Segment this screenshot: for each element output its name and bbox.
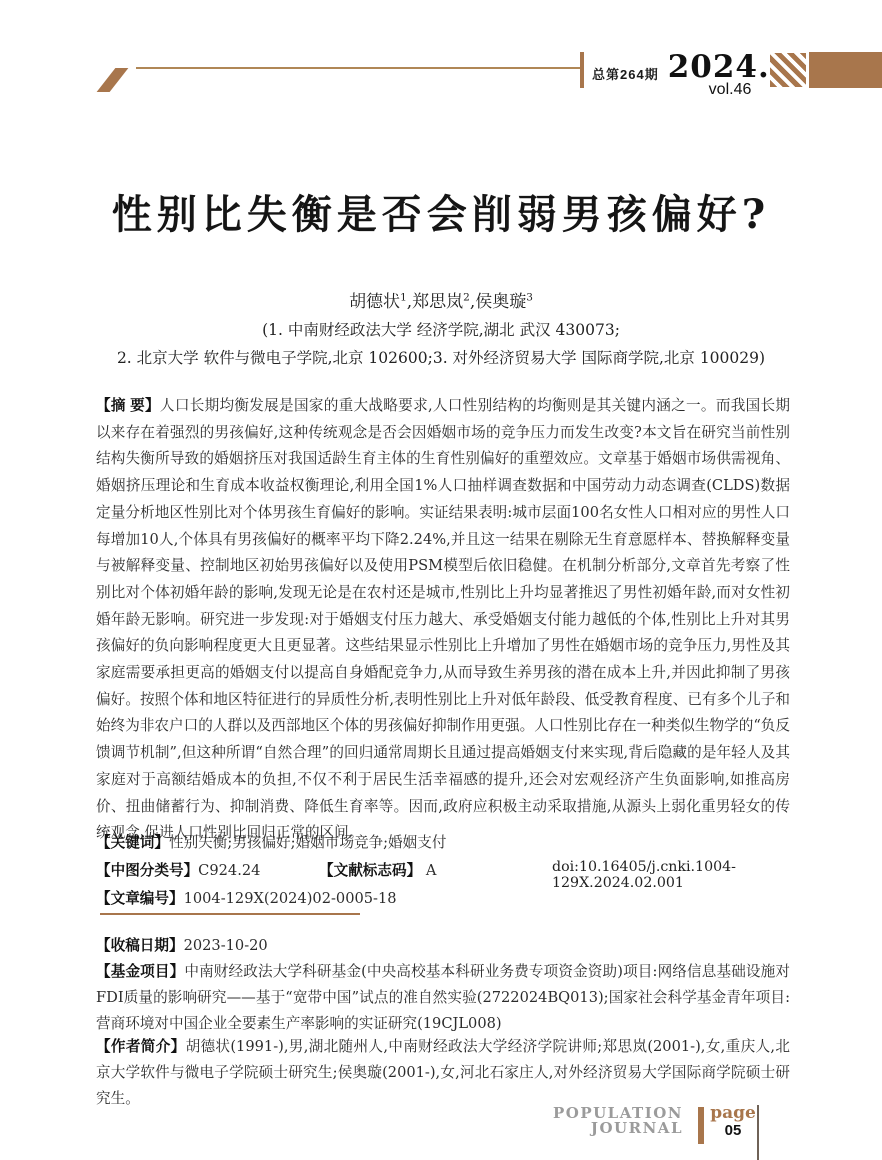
received-date-label: 【收稿日期】 (96, 938, 184, 954)
article-number-value: 1004-129X(2024)02-0005-18 (184, 890, 397, 907)
author-2: 郑思岚2, (412, 292, 475, 312)
issue-number: 总第264期 (592, 64, 659, 83)
author-1: 胡德状1, (349, 292, 412, 312)
masthead-slash-mark (97, 68, 129, 92)
funding-label: 【基金项目】 (96, 964, 184, 980)
funding-note: 【基金项目】中南财经政法大学科研基金(中央高校基本科研业务费专项资金资助)项目:… (96, 959, 790, 1036)
funding-text: 中南财经政法大学科研基金(中央高校基本科研业务费专项资金资助)项目:网络信息基础… (96, 963, 790, 1032)
paper-title: 性别比失衡是否会削弱男孩偏好? (0, 183, 882, 240)
page-number: 05 (709, 1122, 757, 1139)
article-number-label: 【文章编号】 (96, 891, 184, 907)
footer-accent-bar (698, 1107, 704, 1144)
doc-code-label: 【文献标志码】 (319, 863, 421, 879)
author-bio-note: 【作者简介】胡德状(1991-),男,湖北随州人,中南财经政法大学经济学院讲师;… (96, 1034, 790, 1111)
masthead-vertical-bar (580, 52, 584, 88)
masthead: 总第264期 2024.2 vol.46 (592, 52, 792, 98)
journal-name-line-2: JOURNAL (553, 1121, 683, 1136)
author-3: 侯奥璇3 (475, 292, 533, 312)
clc-item: 【中图分类号】C924.24 (96, 859, 260, 880)
masthead-solid-bar (809, 52, 882, 88)
journal-name: POPULATION JOURNAL (553, 1106, 683, 1136)
received-date-line: 【收稿日期】2023-10-20 (96, 934, 790, 955)
doc-code-value: A (426, 862, 437, 879)
footnote-separator-rule (100, 913, 360, 915)
abstract: 【摘 要】人口长期均衡发展是国家的重大战略要求,人口性别结构的均衡则是其关键内涵… (96, 393, 790, 847)
masthead-rule (136, 67, 582, 69)
doc-code-item: 【文献标志码】 A (319, 859, 436, 880)
author-bio-text: 胡德状(1991-),男,湖北随州人,中南财经政法大学经济学院讲师;郑思岚(20… (96, 1038, 790, 1107)
affiliation-line-1: (1. 中南财经政法大学 经济学院,湖北 武汉 430073; (0, 318, 882, 340)
abstract-text: 人口长期均衡发展是国家的重大战略要求,人口性别结构的均衡则是其关键内涵之一。而我… (96, 397, 790, 841)
keywords-label: 【关键词】 (96, 835, 169, 851)
author-2-affil-mark: 2 (463, 291, 470, 303)
clc-label: 【中图分类号】 (96, 863, 198, 879)
keywords-line: 【关键词】性别失衡;男孩偏好;婚姻市场竞争;婚姻支付 (96, 831, 790, 852)
clc-value: C924.24 (198, 862, 260, 879)
footer-thin-rule (757, 1105, 759, 1160)
received-date-value: 2023-10-20 (184, 937, 268, 954)
masthead-hatch-pattern (770, 53, 806, 87)
keywords-text: 性别失衡;男孩偏好;婚姻市场竞争;婚姻支付 (169, 834, 446, 851)
page-label: page (709, 1103, 757, 1123)
affiliation-line-2: 2. 北京大学 软件与微电子学院,北京 102600;3. 对外经济贸易大学 国… (0, 346, 882, 368)
author-1-affil-mark: 1 (400, 291, 407, 303)
author-3-affil-mark: 3 (526, 291, 533, 303)
abstract-label: 【摘 要】 (96, 398, 160, 414)
article-number-line: 【文章编号】1004-129X(2024)02-0005-18 (96, 887, 790, 908)
meta-row: 【中图分类号】C924.24 【文献标志码】 A doi:10.16405/j.… (96, 859, 790, 879)
journal-page: 总第264期 2024.2 vol.46 性别比失衡是否会削弱男孩偏好? 胡德状… (0, 0, 882, 1160)
authors-line: 胡德状1,郑思岚2,侯奥璇3 (0, 287, 882, 312)
author-bio-label: 【作者简介】 (96, 1039, 186, 1055)
